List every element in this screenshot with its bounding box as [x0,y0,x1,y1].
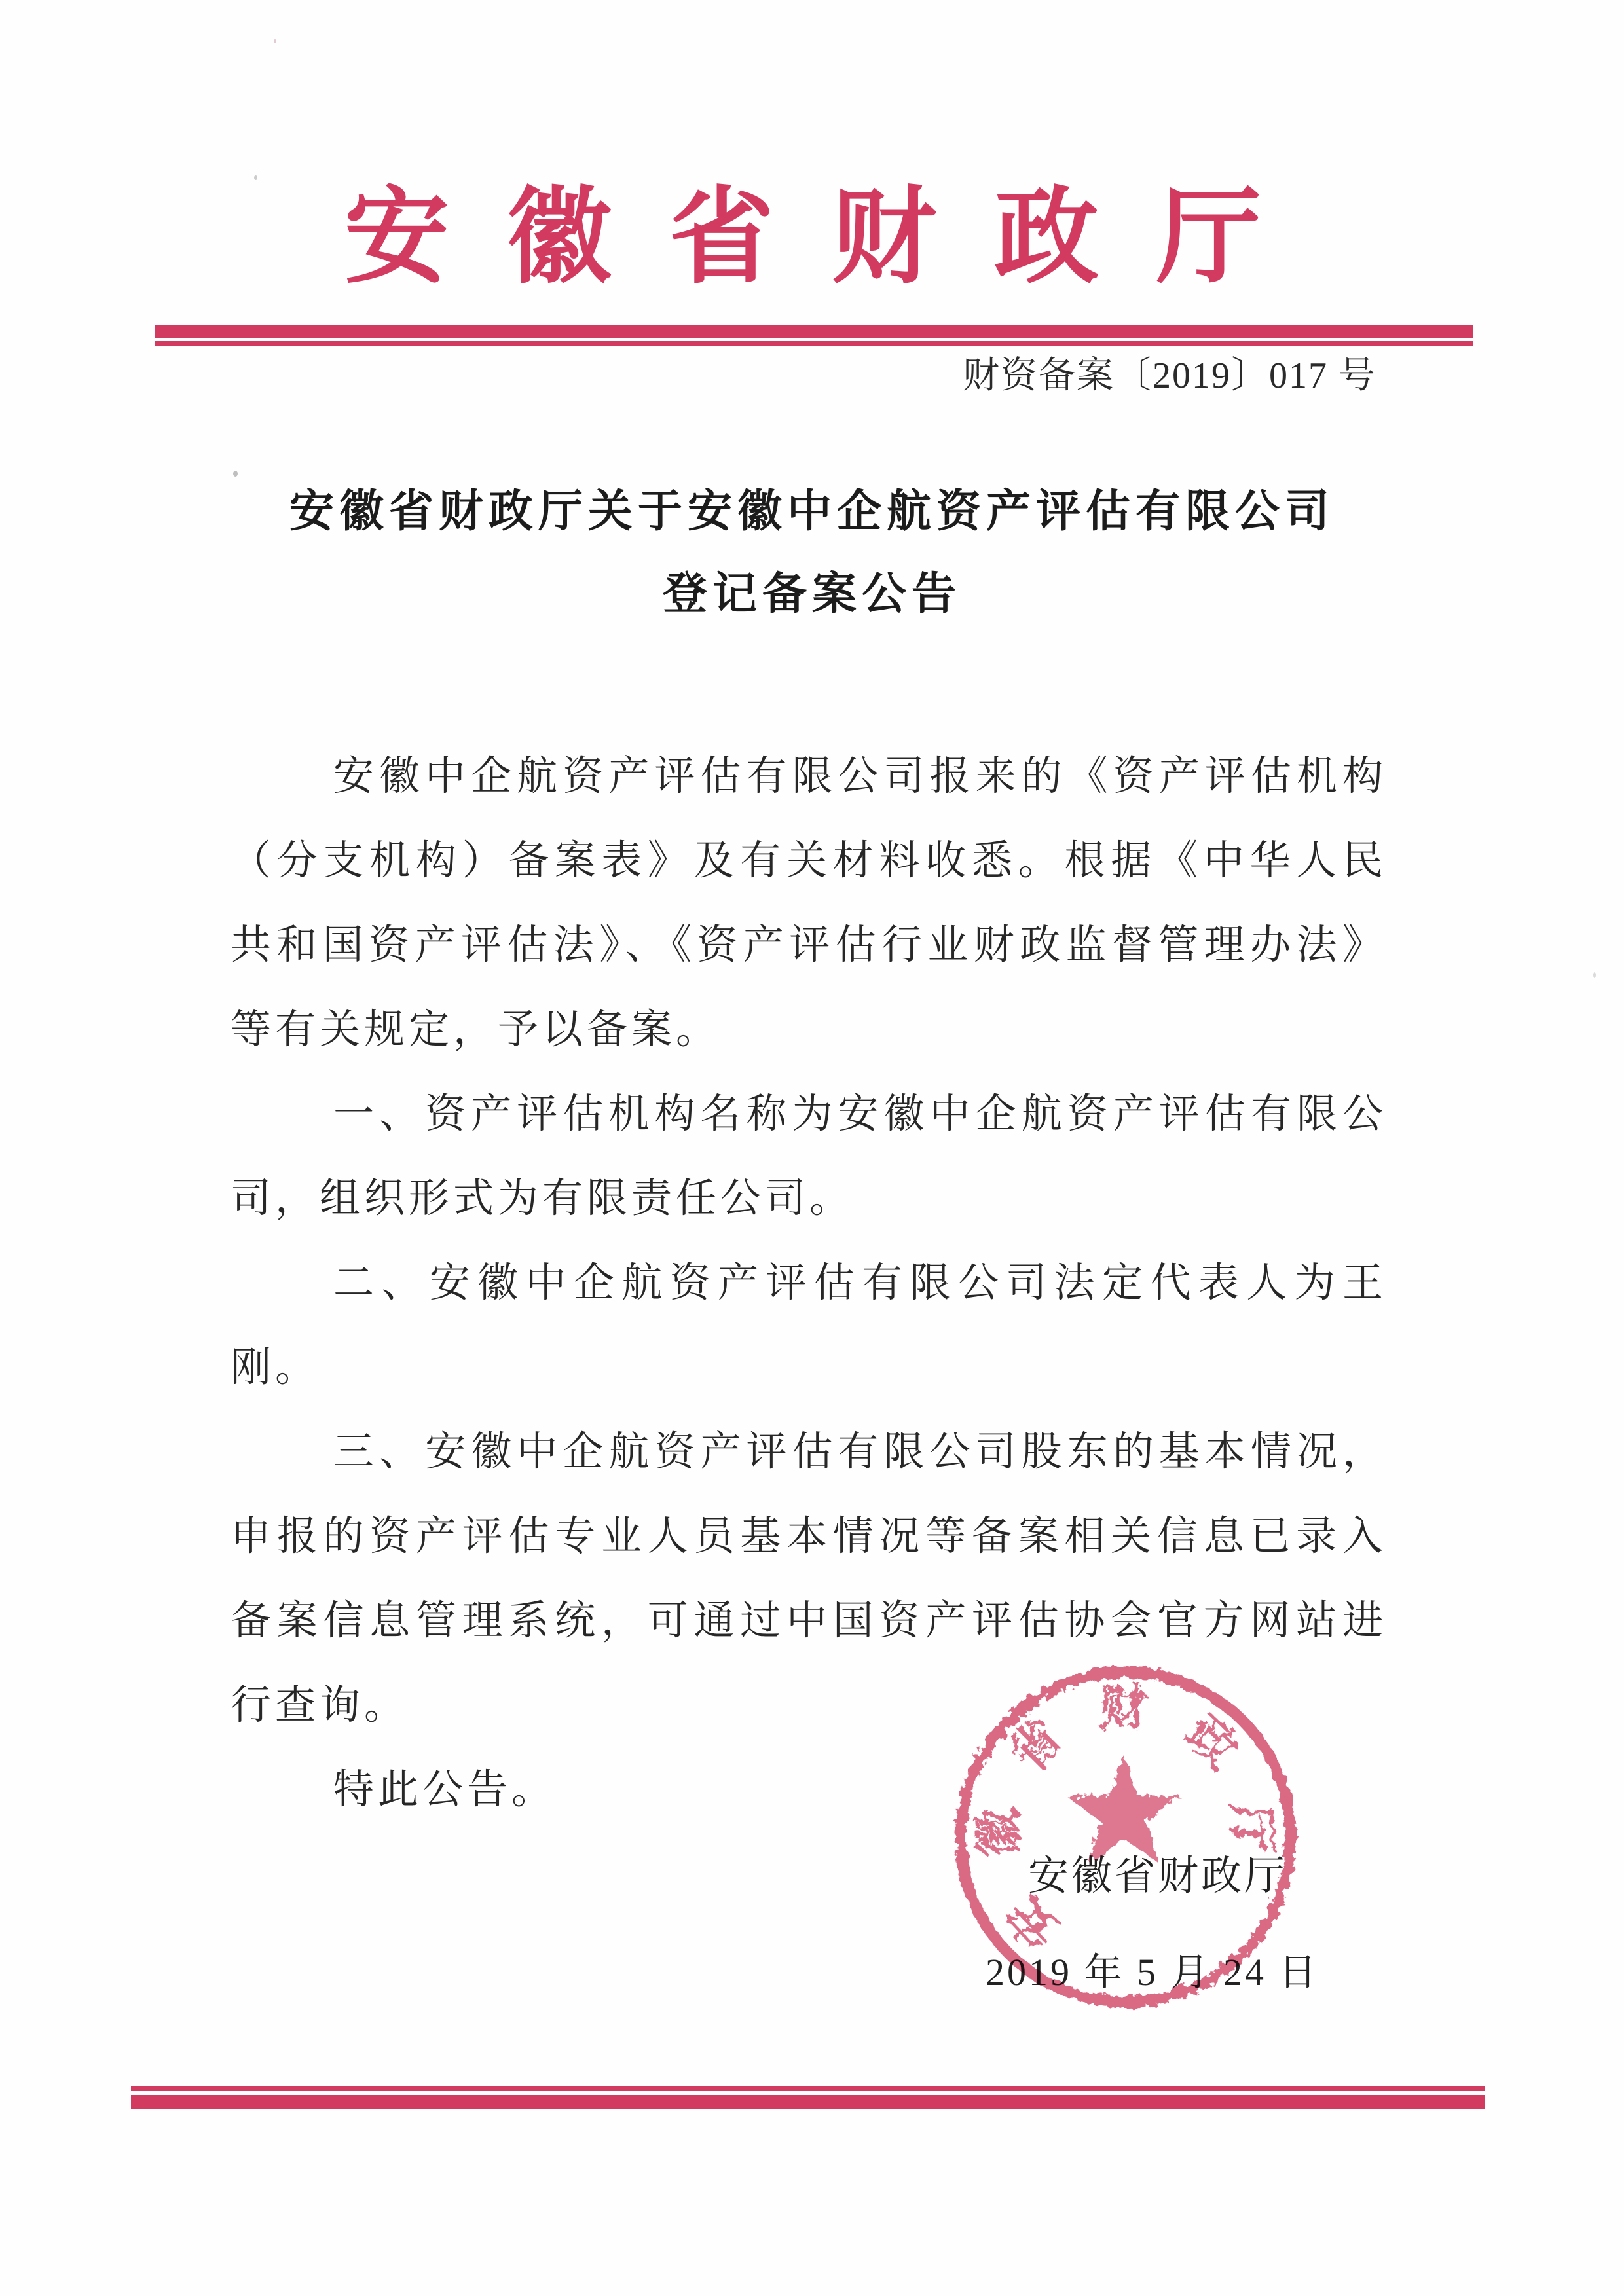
document-title: 安徽省财政厅关于安徽中企航资产评估有限公司 登记备案公告 [0,470,1624,635]
letterhead-rule-thick [155,325,1473,338]
footer-rule-thin [131,2086,1485,2091]
paragraph-intro: 安徽中企航资产评估有限公司报来的《资产评估机构（分支机构）备案表》及有关材料收悉… [231,735,1387,1072]
document-title-line1: 安徽省财政厅关于安徽中企航资产评估有限公司 [0,470,1624,553]
document-title-line2: 登记备案公告 [0,553,1624,635]
scan-speck [1593,972,1596,978]
letterhead-rule-thin [155,341,1473,346]
scan-speck [274,39,276,43]
document-page: 安徽省财政厅 财资备案〔2019〕017 号 安徽省财政厅关于安徽中企航资产评估… [0,0,1624,2296]
signature-agency-name: 安徽省财政厅 [1028,1848,1287,1905]
paragraph-item-2: 二、安徽中企航资产评估有限公司法定代表人为王刚。 [231,1241,1387,1410]
letterhead-agency-name: 安徽省财政厅 [0,175,1624,300]
paragraph-item-3: 三、安徽中企航资产评估有限公司股东的基本情况，申报的资产评估专业人员基本情况等备… [231,1410,1387,1748]
document-body: 安徽中企航资产评估有限公司报来的《资产评估机构（分支机构）备案表》及有关材料收悉… [231,735,1387,1832]
scan-speck [254,175,257,180]
document-number: 财资备案〔2019〕017 号 [963,352,1376,399]
signature-date: 2019 年 5 月 24 日 [986,1946,1319,1999]
scan-speck [233,471,238,477]
paragraph-item-1: 一、资产评估机构名称为安徽中企航资产评估有限公司，组织形式为有限责任公司。 [231,1072,1387,1241]
footer-rule-thick [131,2095,1485,2109]
paragraph-closing: 特此公告。 [231,1748,1387,1832]
